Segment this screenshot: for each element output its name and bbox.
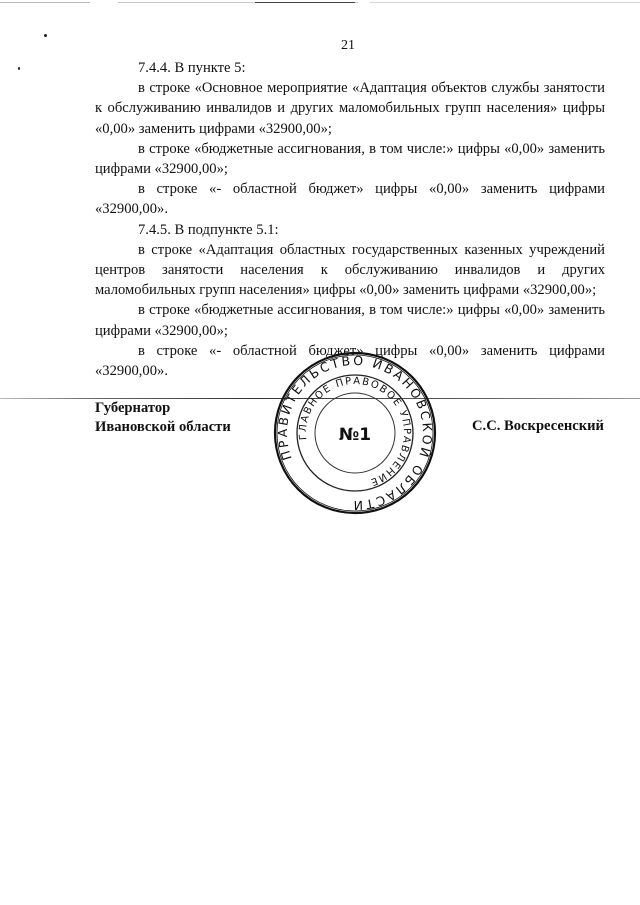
- paragraph: в строке «- областной бюджет» цифры «0,0…: [95, 179, 605, 219]
- scan-artifact-line: [0, 2, 90, 3]
- paragraph: 7.4.4. В пункте 5:: [95, 58, 605, 78]
- stamp-center-text: №1: [339, 425, 371, 445]
- paragraph: в строке «Адаптация областных государств…: [95, 240, 605, 301]
- document-body: 7.4.4. В пункте 5: в строке «Основное ме…: [95, 58, 605, 381]
- scan-artifact-line: [370, 2, 640, 3]
- scan-artifact-line: [255, 2, 355, 3]
- position-line-2: Ивановской области: [95, 418, 231, 437]
- paragraph: в строке «Основное мероприятие «Адаптаци…: [95, 78, 605, 139]
- paragraph: в строке «бюджетные ассигнования, в том …: [95, 300, 605, 340]
- paragraph: 7.4.5. В подпункте 5.1:: [95, 220, 605, 240]
- scan-artifact-dot: [44, 34, 47, 37]
- official-stamp: ПРАВИТЕЛЬСТВО ИВАНОВСКОЙ ОБЛАСТИ ГЛАВНОЕ…: [270, 350, 440, 520]
- scan-artifact-dot: [18, 67, 20, 70]
- signatory-position: Губернатор Ивановской области: [95, 399, 231, 437]
- position-line-1: Губернатор: [95, 399, 231, 418]
- paragraph: в строке «бюджетные ассигнования, в том …: [95, 139, 605, 179]
- page-number: 21: [341, 38, 355, 54]
- signatory-name: С.С. Воскресенский: [472, 418, 604, 435]
